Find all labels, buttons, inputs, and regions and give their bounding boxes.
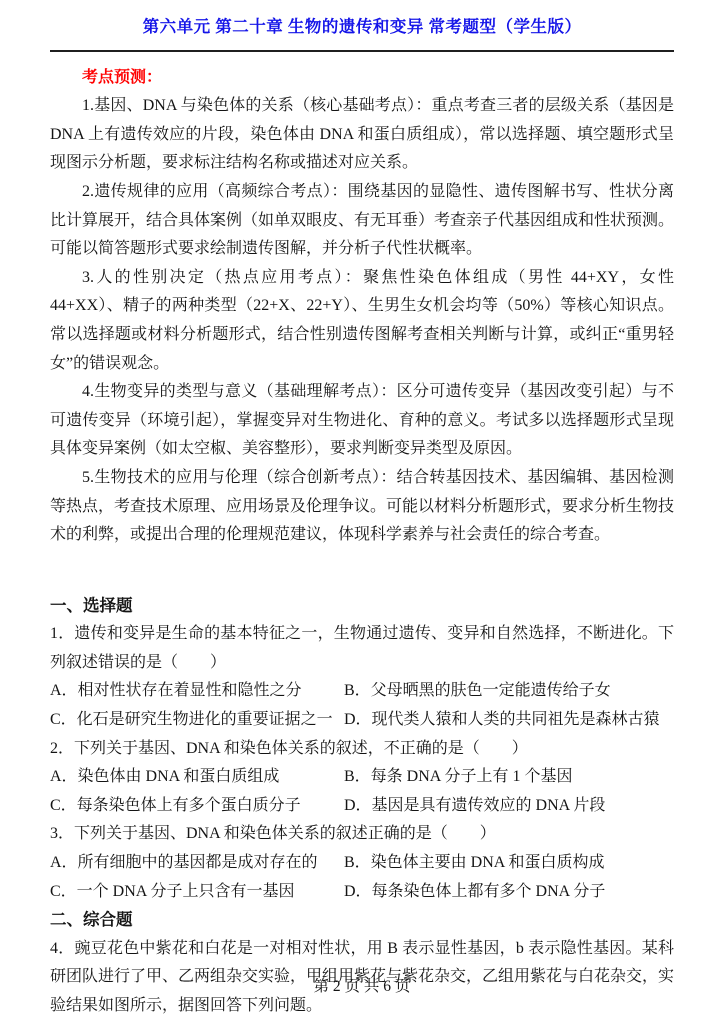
question-2-option-c: C．每条染色体上有多个蛋白质分子 [50,792,344,821]
question-3-option-b: B．染色体主要由 DNA 和蛋白质构成 [344,849,674,878]
question-1-stem: 1．遗传和变异是生命的基本特征之一，生物通过遗传、变异和自然选择，不断进化。下列… [50,620,674,677]
question-3-stem: 3．下列关于基因、DNA 和染色体关系的叙述正确的是（ ） [50,820,674,849]
section-heading-comprehensive: 二、综合题 [50,906,674,935]
question-1-option-d: D．现代类人猿和人类的共同祖先是森林古猿 [344,706,674,735]
question-3-option-a: A．所有细胞中的基因都是成对存在的 [50,849,344,878]
exam-tip-paragraph-4: 4.生物变异的类型与意义（基础理解考点）：区分可遗传变异（基因改变引起）与不可遗… [50,378,674,464]
section-spacer [50,550,674,592]
exam-tip-paragraph-1: 1.基因、DNA 与染色体的关系（核心基础考点）：重点考查三者的层级关系（基因是… [50,92,674,178]
question-2-options: A．染色体由 DNA 和蛋白质组成 B．每条 DNA 分子上有 1 个基因 C．… [50,763,674,820]
question-2-option-d: D．基因是具有遗传效应的 DNA 片段 [344,792,674,821]
document-page: 第六单元 第二十章 生物的遗传和变异 常考题型（学生版） 考点预测： 1.基因、… [0,0,724,1024]
section-heading-multiple-choice: 一、选择题 [50,592,674,621]
page-title: 第六单元 第二十章 生物的遗传和变异 常考题型（学生版） [143,17,582,36]
exam-tip-paragraph-2: 2.遗传规律的应用（高频综合考点）：围绕基因的显隐性、遗传图解书写、性状分离比计… [50,178,674,264]
question-1-options: A．相对性状存在着显性和隐性之分 B．父母晒黑的肤色一定能遗传给子女 C．化石是… [50,677,674,734]
page-header: 第六单元 第二十章 生物的遗传和变异 常考题型（学生版） [0,0,724,43]
question-3-options: A．所有细胞中的基因都是成对存在的 B．染色体主要由 DNA 和蛋白质构成 C．… [50,849,674,906]
page-content: 考点预测： 1.基因、DNA 与染色体的关系（核心基础考点）：重点考查三者的层级… [0,52,724,1021]
question-1-option-b: B．父母晒黑的肤色一定能遗传给子女 [344,677,674,706]
question-2-option-b: B．每条 DNA 分子上有 1 个基因 [344,763,674,792]
question-3-option-d: D．每条染色体上都有多个 DNA 分子 [344,878,674,907]
question-1-option-a: A．相对性状存在着显性和隐性之分 [50,677,344,706]
question-1-option-c: C．化石是研究生物进化的重要证据之一 [50,706,344,735]
question-2-stem: 2．下列关于基因、DNA 和染色体关系的叙述，不正确的是（ ） [50,735,674,764]
exam-tip-paragraph-5: 5.生物技术的应用与伦理（综合创新考点）：结合转基因技术、基因编辑、基因检测等热… [50,464,674,550]
question-3-option-c: C．一个 DNA 分子上只含有一基因 [50,878,344,907]
exam-tip-paragraph-3: 3.人的性别决定（热点应用考点）：聚焦性染色体组成（男性 44+XY，女性 44… [50,264,674,378]
page-footer: 第 2 页 共 6 页 [0,973,724,1002]
question-2-option-a: A．染色体由 DNA 和蛋白质组成 [50,763,344,792]
exam-tips-heading: 考点预测： [50,64,674,93]
